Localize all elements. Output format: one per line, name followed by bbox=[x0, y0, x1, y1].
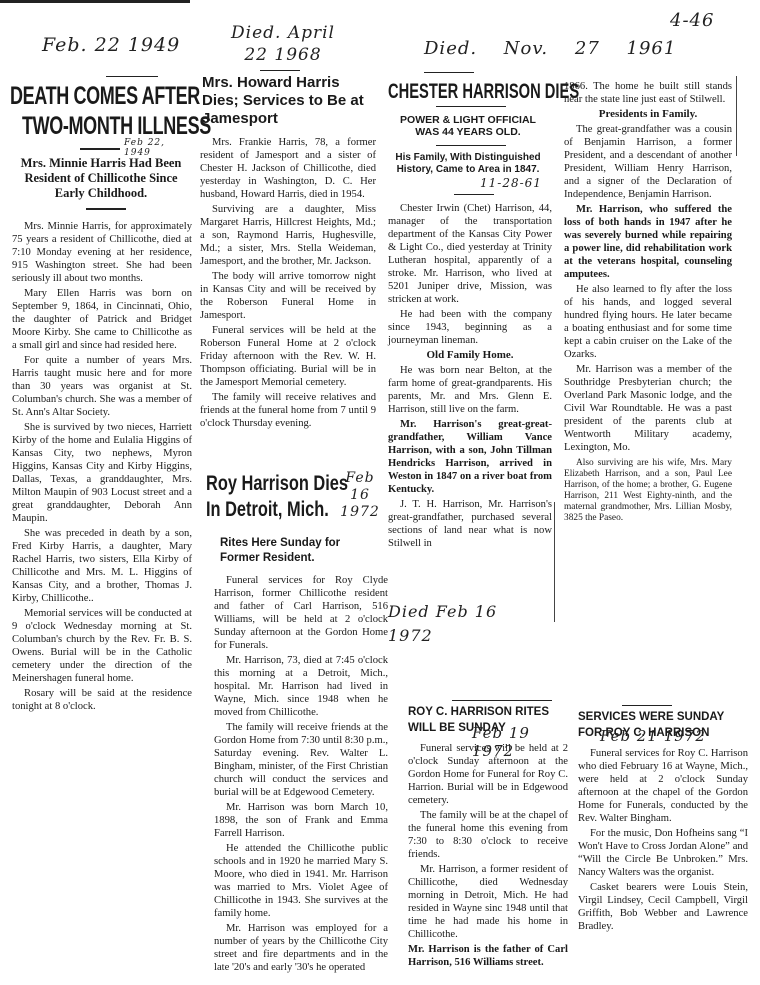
paragraph: J. T. H. Harrison, Mr. Harrison's great-… bbox=[388, 498, 552, 550]
paragraph: Funeral services for Roy C. Harrison who… bbox=[578, 747, 748, 825]
subhead: Presidents in Family. bbox=[564, 108, 732, 121]
paragraph: The family will be at the chapel of the … bbox=[408, 809, 568, 861]
paragraph: Mr. Harrison is the father of Carl Harri… bbox=[408, 943, 568, 969]
article-services-sunday: SERVICES WERE SUNDAY FOR ROY C. HARRISON… bbox=[578, 705, 754, 935]
paragraph: Funeral services will be held at the Rob… bbox=[200, 324, 376, 389]
headline-line-1: DEATH COMES AFTER bbox=[10, 82, 200, 111]
handwritten-died-feb: Died Feb 16 1972 bbox=[388, 600, 498, 648]
divider bbox=[106, 76, 158, 77]
subhead: Old Family Home. bbox=[388, 349, 552, 362]
handwritten-date-minnie: Feb. 22 1949 bbox=[42, 34, 180, 56]
article-body: Mrs. Minnie Harris, for approximately 75… bbox=[12, 220, 192, 715]
paragraph: The family will receive relatives and fr… bbox=[200, 391, 376, 430]
paragraph: Casket bearers were Louis Stein, Virgil … bbox=[578, 881, 748, 933]
paragraph: Funeral services for Roy Clyde Harrison,… bbox=[214, 574, 388, 652]
top-border bbox=[0, 0, 190, 3]
paragraph: For the music, Don Hofheins sang “I Won'… bbox=[578, 827, 748, 879]
paragraph: He also learned to fly after the loss of… bbox=[564, 283, 732, 361]
divider bbox=[424, 72, 474, 73]
paragraph: Mr. Harrison's great-great-grandfather, … bbox=[388, 418, 552, 496]
column-rule bbox=[736, 76, 737, 156]
divider bbox=[622, 705, 672, 706]
subhead: Rites Here Sunday for Former Resident. bbox=[220, 536, 360, 566]
handwritten-date-rites: Feb 19 1972 bbox=[472, 724, 576, 760]
article-body: Funeral services will be held at 2 o'clo… bbox=[408, 742, 568, 969]
paragraph: Rosary will be said at the residence ton… bbox=[12, 687, 192, 713]
deck-2: His Family, With Distinguished History, … bbox=[388, 152, 548, 176]
article-body: Funeral services for Roy Clyde Harrison,… bbox=[214, 574, 388, 976]
article-roy-rites: ROY C. HARRISON RITES WILL BE SUNDAY Feb… bbox=[408, 700, 576, 971]
divider bbox=[436, 106, 506, 107]
paragraph: Memorial services will be conducted at 9… bbox=[12, 607, 192, 685]
headline: CHESTER HARRISON DIES bbox=[388, 80, 579, 104]
paragraph: The body will arrive tomorrow night in K… bbox=[200, 270, 376, 322]
deck-1: POWER & LIGHT OFFICIAL WAS 44 YEARS OLD. bbox=[388, 114, 548, 138]
headline-line-1: Roy Harrison Dies bbox=[206, 472, 348, 496]
divider bbox=[80, 148, 120, 150]
column-rule bbox=[554, 502, 555, 622]
paragraph: Mr. Harrison, a former resident of Chill… bbox=[408, 863, 568, 941]
handwritten-date-roy: Feb 16 1972 bbox=[340, 470, 380, 521]
article-body-col-b: 1866. The home he built still stands nea… bbox=[564, 80, 732, 526]
paragraph: He had been with the company since 1943,… bbox=[388, 308, 552, 347]
paragraph: He attended the Chillicothe public schoo… bbox=[214, 842, 388, 920]
paragraph: The family will receive friends at the G… bbox=[214, 721, 388, 799]
handwritten-date-howard: Died. April 22 1968 bbox=[218, 22, 348, 66]
paragraph: Mr. Harrison was employed for a number o… bbox=[214, 922, 388, 974]
divider bbox=[436, 145, 506, 146]
subhead: Mrs. Minnie Harris Had Been Resident of … bbox=[8, 156, 194, 201]
paragraph: Mr. Harrison, who suffered the loss of b… bbox=[564, 203, 732, 281]
headline: Mrs. Howard Harris Dies; Services to Be … bbox=[200, 74, 380, 128]
article-howard-harris: Mrs. Howard Harris Dies; Services to Be … bbox=[200, 68, 380, 432]
divider bbox=[260, 70, 300, 71]
paragraph: Mr. Harrison was a member of the Southri… bbox=[564, 363, 732, 454]
handwritten-date-chester: Died. Nov. 27 1961 bbox=[424, 38, 676, 59]
paragraph: Chester Irwin (Chet) Harrison, 44, manag… bbox=[388, 202, 552, 306]
handwritten-date-minnie-small: Feb 22, 1949 bbox=[124, 138, 194, 158]
paragraph: 1866. The home he built still stands nea… bbox=[564, 80, 732, 106]
handwritten-date-services: Feb 21 1972 bbox=[600, 727, 706, 745]
page-number-annotation: 4-46 bbox=[670, 10, 714, 31]
headline-line-2: TWO-MONTH ILLNESS bbox=[22, 112, 211, 141]
paragraph: Surviving are a daughter, Miss Margaret … bbox=[200, 203, 376, 268]
article-body-col-a: Chester Irwin (Chet) Harrison, 44, manag… bbox=[388, 202, 552, 552]
paragraph: She is survived by two nieces, Harriett … bbox=[12, 421, 192, 525]
paragraph: Mr. Harrison, 73, died at 7:45 o'clock t… bbox=[214, 654, 388, 719]
divider bbox=[452, 700, 552, 701]
survivors-paragraph: Also surviving are his wife, Mrs. Mary E… bbox=[564, 458, 732, 524]
paragraph: Mary Ellen Harris was born on September … bbox=[12, 287, 192, 352]
paragraph: He was born near Belton, at the farm hom… bbox=[388, 364, 552, 416]
headline-line-2: In Detroit, Mich. bbox=[206, 498, 329, 522]
paragraph: The great-grandfather was a cousin of Be… bbox=[564, 123, 732, 201]
paragraph: Mrs. Frankie Harris, 78, a former reside… bbox=[200, 136, 376, 201]
paragraph: Mr. Harrison was born March 10, 1898, th… bbox=[214, 801, 388, 840]
article-body: Mrs. Frankie Harris, 78, a former reside… bbox=[200, 136, 376, 430]
article-body: Funeral services for Roy C. Harrison who… bbox=[578, 747, 748, 933]
paragraph: For quite a number of years Mrs. Harris … bbox=[12, 354, 192, 419]
paragraph: She was preceded in death by a son, Fred… bbox=[12, 527, 192, 605]
divider bbox=[454, 194, 494, 195]
divider bbox=[86, 208, 126, 210]
paragraph: Mrs. Minnie Harris, for approximately 75… bbox=[12, 220, 192, 285]
handwritten-date-chester-small: 11-28-61 bbox=[480, 176, 542, 190]
